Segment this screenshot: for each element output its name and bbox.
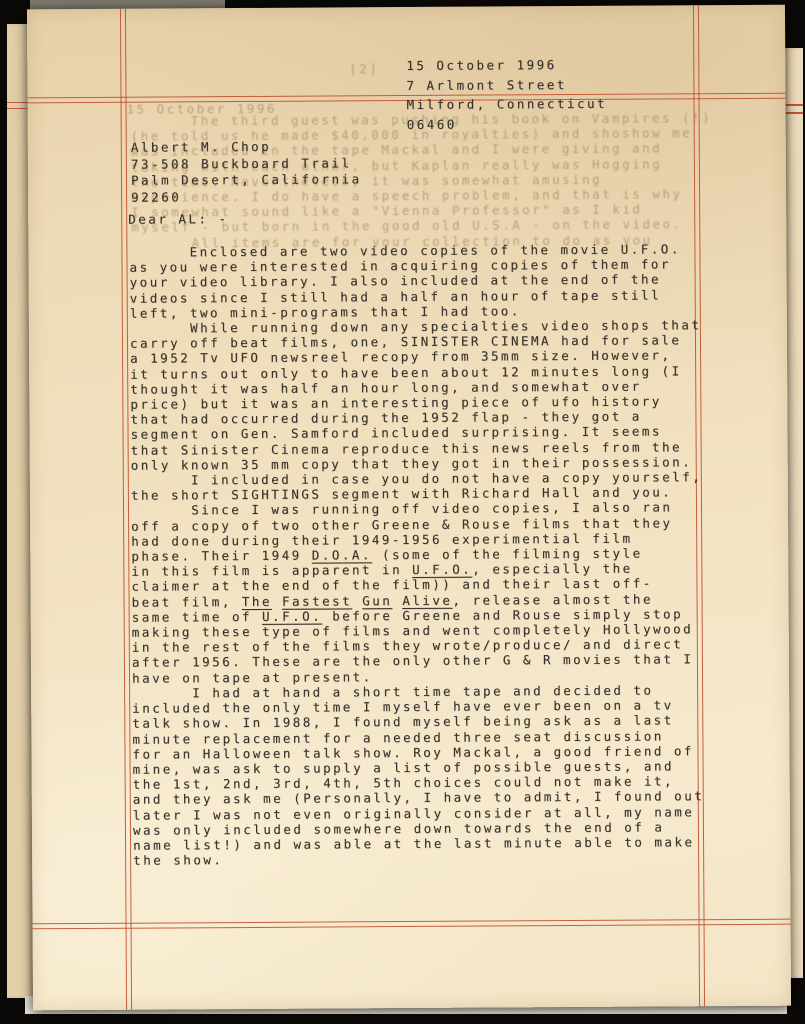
recipient-address-line: 73-508 Buckboard Trail <box>131 155 362 173</box>
recipient-address-block: Albert M. Chop73-508 Buckboard TrailPalm… <box>131 138 362 205</box>
under-sheet-right-red-rule <box>785 104 803 114</box>
margin-rule-bottom <box>33 919 791 930</box>
recipient-address-line: 92260 <box>131 188 362 206</box>
letter-body: Enclosed are two video copies of the mov… <box>129 241 704 868</box>
sender-address-line: 15 October 1996 <box>406 55 607 76</box>
salutation: Dear AL: - <box>128 211 228 227</box>
sender-address-line: 7 Arlmont Street <box>406 74 607 95</box>
sender-address-line: Milford, Connecticut <box>406 94 607 115</box>
letter-body-line: videos since I still had a half an hour … <box>130 287 702 306</box>
scanned-letter-background: [2] 15 October 1996 The third guest was … <box>0 0 805 1024</box>
recipient-address-line: Palm Desert, California <box>131 171 362 189</box>
bleedthrough-page-number: [2] <box>349 61 379 76</box>
letter-page: [2] 15 October 1996 The third guest was … <box>27 5 791 1011</box>
sender-address-line: 06460 <box>407 113 608 134</box>
letter-body-line: the show. <box>133 849 705 868</box>
sender-address-block: 15 October 19967 Arlmont StreetMilford, … <box>406 55 607 134</box>
recipient-address-line: Albert M. Chop <box>131 138 362 156</box>
